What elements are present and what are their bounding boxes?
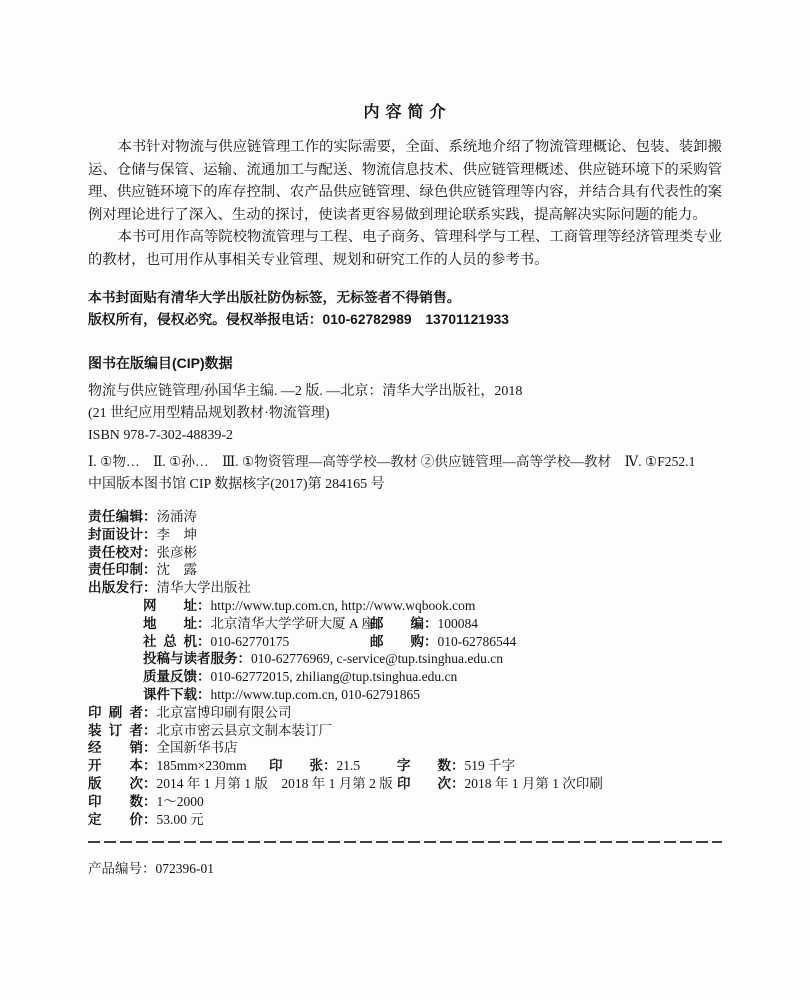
cip-title-line: 物流与供应链管理/孙国华主编. —2 版. —北京：清华大学出版社，2018 (88, 381, 722, 403)
row-edition: 版次：2014 年 1 月第 1 版 2018 年 1 月第 2 版印次：201… (88, 775, 722, 793)
colon: ： (451, 776, 465, 791)
content-summary: 本书针对物流与供应链管理工作的实际需要，全面、系统地介绍了物流管理概论、包装、装… (88, 136, 722, 272)
row-label: 网址 (143, 597, 197, 615)
row-print-run: 印数：1～2000 (88, 793, 722, 811)
row-label: 装订者 (88, 722, 143, 740)
row-label: 字数 (397, 757, 451, 775)
row-responsible-editor: 责任编辑：汤涌涛 (88, 508, 722, 526)
row-value: 010-62776969, c-service@tup.tsinghua.edu… (251, 651, 503, 666)
row-value: 010-62770175 (211, 634, 290, 649)
row-value: 21.5 (337, 758, 361, 773)
summary-paragraph-1: 本书针对物流与供应链管理工作的实际需要，全面、系统地介绍了物流管理概论、包装、装… (88, 136, 722, 226)
row-quality-feedback: 质量反馈：010-62772015, zhiliang@tup.tsinghua… (88, 668, 722, 686)
row-value: 北京清华大学学研大厦 A 座 (211, 616, 375, 631)
row-format: 开本：185mm×230mm印张：21.5字数：519 千字 (88, 757, 722, 775)
anti-piracy-notice: 本书封面贴有清华大学出版社防伪标签，无标签者不得销售。 (88, 287, 722, 309)
cip-isbn: ISBN 978-7-302-48839-2 (88, 425, 722, 447)
row-value: 汤涌涛 (157, 509, 198, 524)
content-summary-title: 内 容 简 介 (88, 99, 722, 122)
dashed-divider (88, 841, 722, 843)
cip-body: 物流与供应链管理/孙国华主编. —2 版. —北京：清华大学出版社，2018 (… (88, 381, 722, 447)
colon: ： (143, 740, 157, 755)
product-number-label: 产品编号 (88, 861, 142, 876)
row-label: 地址 (143, 615, 197, 633)
row-label: 印次 (397, 775, 451, 793)
colon: ： (197, 669, 211, 684)
colon: ： (323, 758, 337, 773)
row-value: 2014 年 1 月第 1 版 2018 年 1 月第 2 版 (157, 776, 393, 791)
row-value: 北京富博印刷有限公司 (157, 705, 292, 720)
colon: ： (143, 758, 157, 773)
row-value: 沈 露 (157, 562, 198, 577)
row-value: 185mm×230mm (157, 758, 247, 773)
row-label: 社总机 (143, 633, 197, 651)
colon: ： (143, 776, 157, 791)
row-cover-design: 封面设计：李 坤 (88, 526, 722, 544)
row-distributor: 经销：全国新华书店 (88, 739, 722, 757)
colon: ： (424, 634, 438, 649)
row-value: 010-62786544 (438, 634, 517, 649)
cip-series-line: (21 世纪应用型精品规划教材·物流管理) (88, 403, 722, 425)
row-printer: 印刷者：北京富博印刷有限公司 (88, 704, 722, 722)
row-value: 2018 年 1 月第 1 次印刷 (465, 776, 603, 791)
row-value: 李 坤 (157, 527, 198, 542)
row-value: http://www.tup.com.cn, 010-62791865 (211, 687, 420, 702)
row-courseware-download: 课件下载：http://www.tup.com.cn, 010-62791865 (88, 686, 722, 704)
row-label: 经销 (88, 739, 143, 757)
row-label: 印数 (88, 793, 143, 811)
row-word-count: 字数：519 千字 (397, 757, 515, 775)
row-switchboard: 社总机：010-62770175邮购：010-62786544 (88, 633, 722, 651)
row-value: 1～2000 (157, 794, 204, 809)
row-label: 课件下载 (143, 686, 197, 704)
row-website: 网址：http://www.tup.com.cn, http://www.wqb… (88, 597, 722, 615)
row-label: 邮购 (370, 633, 424, 651)
colon: ： (142, 861, 156, 876)
row-value: 全国新华书店 (157, 740, 238, 755)
row-price: 定价：53.00 元 (88, 811, 722, 829)
row-value: 北京市密云县京文制本装订厂 (157, 723, 333, 738)
colon: ： (143, 545, 157, 560)
row-value: 清华大学出版社 (157, 580, 252, 595)
colon: ： (143, 562, 157, 577)
book-copyright-page: 内 容 简 介 本书针对物流与供应链管理工作的实际需要，全面、系统地介绍了物流管… (0, 0, 810, 1000)
row-print-supervisor: 责任印制：沈 露 (88, 561, 722, 579)
row-value: 519 千字 (465, 758, 516, 773)
row-label: 封面设计 (88, 526, 143, 544)
row-sheets: 印张：21.5 (269, 757, 360, 775)
product-number-row: 产品编号：072396-01 (88, 857, 722, 877)
row-label: 开本 (88, 757, 143, 775)
colon: ： (197, 634, 211, 649)
colon: ： (451, 758, 465, 773)
colophon: 责任编辑：汤涌涛 封面设计：李 坤 责任校对：张彦彬 责任印制：沈 露 出版发行… (88, 508, 722, 828)
row-publisher: 出版发行：清华大学出版社 (88, 579, 722, 597)
row-label: 出版发行 (88, 579, 143, 597)
row-value: 53.00 元 (157, 812, 204, 827)
copyright-notice: 版权所有，侵权必究。侵权举报电话：010-62782989 1370112193… (88, 309, 722, 331)
row-label: 版次 (88, 775, 143, 793)
colon: ： (143, 812, 157, 827)
colon: ： (143, 705, 157, 720)
row-label: 印刷者 (88, 704, 143, 722)
row-value: http://www.tup.com.cn, http://www.wqbook… (211, 598, 476, 613)
row-proofreader: 责任校对：张彦彬 (88, 544, 722, 562)
row-value: 100084 (438, 616, 479, 631)
colon: ： (238, 651, 252, 666)
colon: ： (143, 723, 157, 738)
colon: ： (143, 509, 157, 524)
colon: ： (143, 794, 157, 809)
row-label: 责任编辑 (88, 508, 143, 526)
row-label: 邮编 (370, 615, 424, 633)
summary-paragraph-2: 本书可用作高等院校物流管理与工程、电子商务、管理科学与工程、工商管理等经济管理类… (88, 226, 722, 271)
row-impression: 印次：2018 年 1 月第 1 次印刷 (397, 775, 603, 793)
legal-notices: 本书封面贴有清华大学出版社防伪标签，无标签者不得销售。 版权所有，侵权必究。侵权… (88, 287, 722, 331)
colon: ： (197, 687, 211, 702)
colon: ： (143, 527, 157, 542)
colon: ： (197, 616, 211, 631)
row-address: 地址：北京清华大学学研大厦 A 座邮编：100084 (88, 615, 722, 633)
row-binder: 装订者：北京市密云县京文制本装订厂 (88, 722, 722, 740)
row-reader-service: 投稿与读者服务：010-62776969, c-service@tup.tsin… (88, 650, 722, 668)
row-label: 投稿与读者服务 (143, 650, 238, 668)
row-value: 张彦彬 (157, 545, 198, 560)
row-label: 定价 (88, 811, 143, 829)
row-label: 责任校对 (88, 544, 143, 562)
row-value: 010-62772015, zhiliang@tup.tsinghua.edu.… (211, 669, 458, 684)
row-mail-order: 邮购：010-62786544 (370, 633, 516, 651)
row-label: 印张 (269, 757, 323, 775)
row-postcode: 邮编：100084 (370, 615, 478, 633)
product-number-value: 072396-01 (156, 861, 215, 876)
cip-record-number: 中国版本图书馆 CIP 数据核字(2017)第 284165 号 (88, 473, 722, 493)
colon: ： (424, 616, 438, 631)
cip-heading: 图书在版编目(CIP)数据 (88, 353, 722, 373)
row-label: 责任印制 (88, 561, 143, 579)
row-label: 质量反馈 (143, 668, 197, 686)
colon: ： (197, 598, 211, 613)
colon: ： (143, 580, 157, 595)
cip-classification: Ⅰ. ①物… Ⅱ. ①孙… Ⅲ. ①物资管理—高等学校—教材 ②供应链管理—高等… (88, 450, 722, 470)
